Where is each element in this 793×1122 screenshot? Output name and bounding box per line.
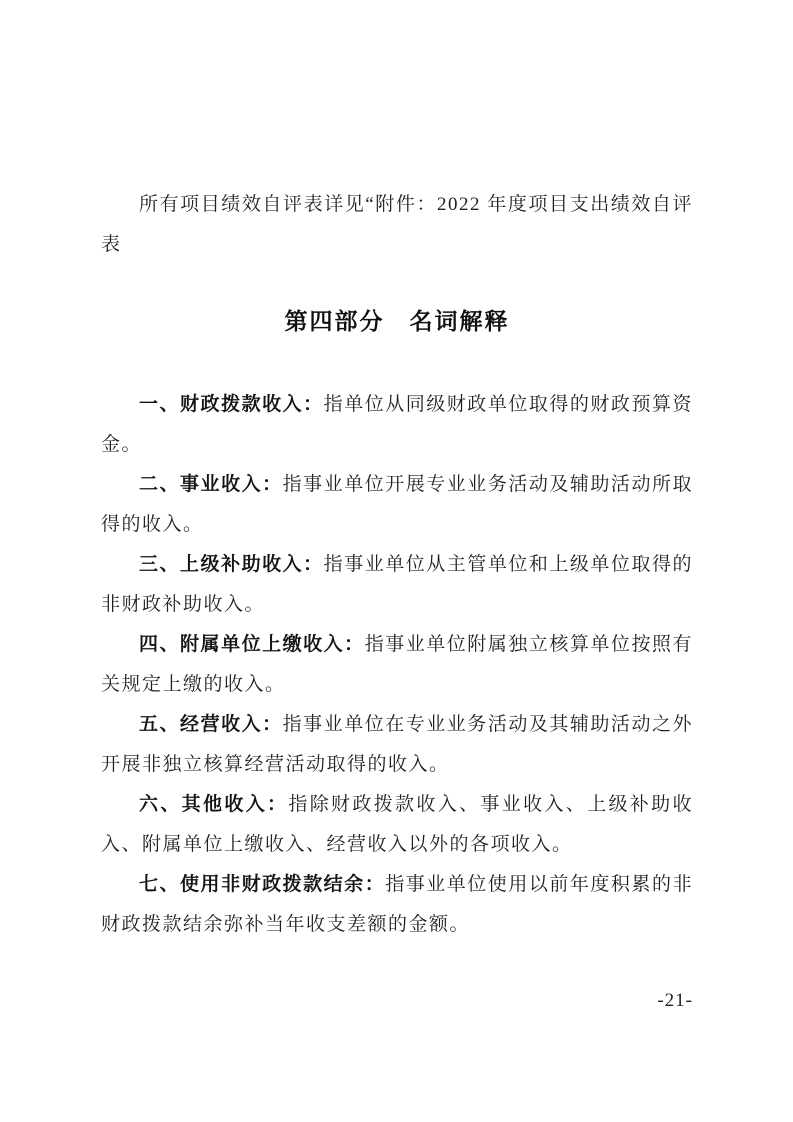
document-page: 所有项目绩效自评表详见“附件：2022 年度项目支出绩效自评表 第四部分 名词解… (0, 0, 793, 1122)
section-title: 第四部分 名词解释 (101, 301, 693, 341)
term-item: 五、经营收入：指事业单位在专业业务活动及其辅助活动之外开展非独立核算经营活动取得… (101, 705, 693, 785)
term-item: 六、其他收入：指除财政拨款收入、事业收入、上级补助收入、附属单位上缴收入、经营收… (101, 785, 693, 865)
term-name: 四、附属单位上缴收入： (139, 634, 365, 655)
term-item: 三、上级补助收入：指事业单位从主管单位和上级单位取得的非财政补助收入。 (101, 545, 693, 625)
term-item: 二、事业收入：指事业单位开展专业业务活动及辅助活动所取得的收入。 (101, 465, 693, 545)
term-name: 一、财政拨款收入： (139, 394, 324, 415)
term-item: 一、财政拨款收入：指单位从同级财政单位取得的财政预算资金。 (101, 385, 693, 465)
intro-paragraph: 所有项目绩效自评表详见“附件：2022 年度项目支出绩效自评表 (101, 0, 693, 265)
term-name: 六、其他收入： (139, 794, 288, 815)
term-name: 七、使用非财政拨款结余： (139, 874, 385, 895)
terms-list: 一、财政拨款收入：指单位从同级财政单位取得的财政预算资金。 二、事业收入：指事业… (101, 385, 693, 945)
term-item: 七、使用非财政拨款结余：指事业单位使用以前年度积累的非财政拨款结余弥补当年收支差… (101, 865, 693, 945)
term-name: 五、经营收入： (139, 714, 283, 735)
term-name: 二、事业收入： (139, 474, 283, 495)
term-name: 三、上级补助收入： (139, 554, 324, 575)
term-item: 四、附属单位上缴收入：指事业单位附属独立核算单位按照有关规定上缴的收入。 (101, 625, 693, 705)
page-number: -21- (101, 989, 693, 1013)
page-content: 所有项目绩效自评表详见“附件：2022 年度项目支出绩效自评表 第四部分 名词解… (101, 0, 693, 1013)
